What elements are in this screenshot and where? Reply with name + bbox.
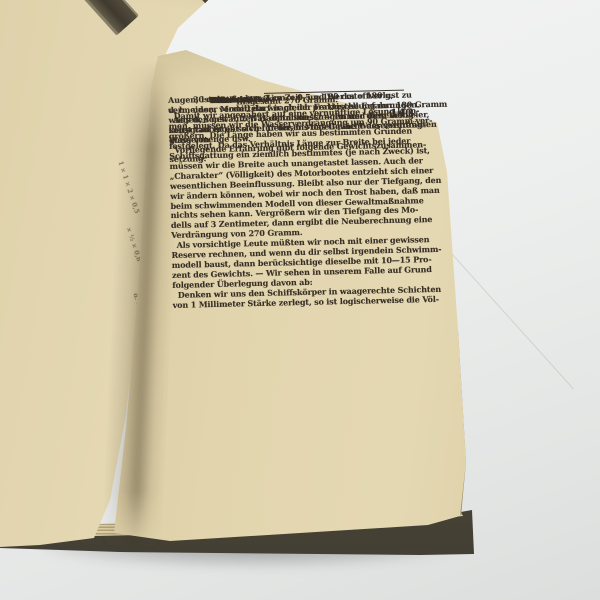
- table-cell: Gramm: [218, 95, 251, 107]
- right-page-text: Augen, ist das anders. Um Zeit- und Werk…: [168, 90, 419, 124]
- paragraph-lines: Damit wir angenähert auf eine vernünftig…: [168, 106, 444, 310]
- open-book-photo: maligen 1. Als Dezimalzahlist der Völlig…: [0, 0, 600, 600]
